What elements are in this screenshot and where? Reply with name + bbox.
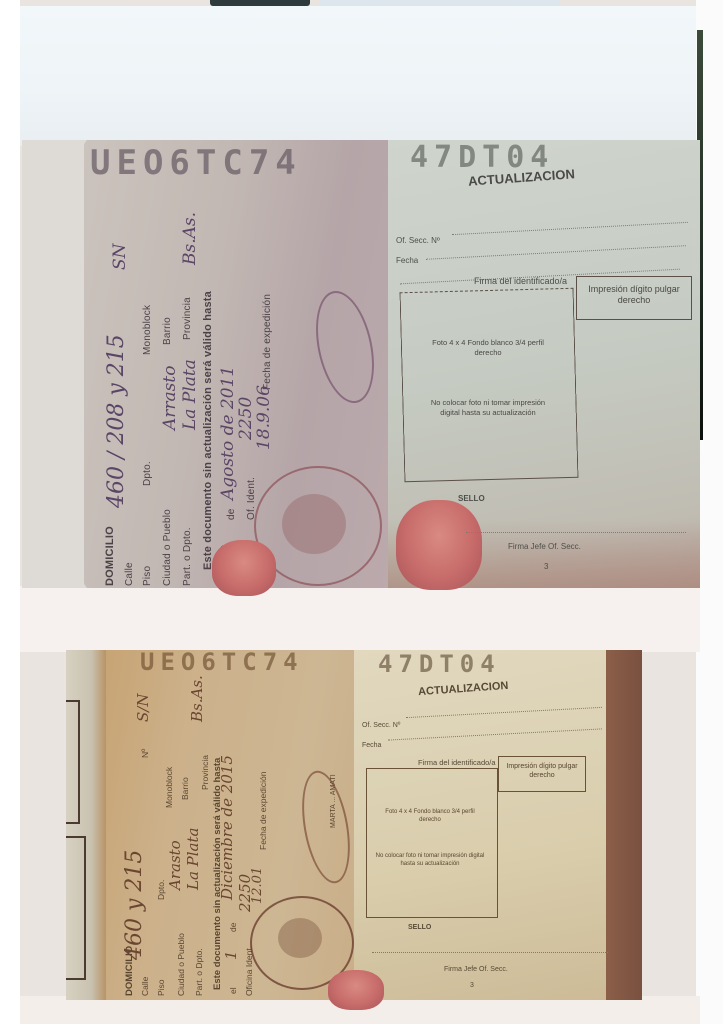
label-domicilio: DOMICILIO — [104, 526, 116, 586]
paper-sheet-middle — [20, 586, 700, 652]
perforated-number: 47DT04 — [378, 650, 501, 678]
stamp-emblem — [278, 918, 322, 958]
signature-stamp: MARTA ... AMATI — [330, 774, 337, 828]
perforated-number: UEO6TC74 — [90, 143, 302, 183]
signature-line — [372, 952, 608, 953]
label-barrio: Barrio — [180, 777, 190, 800]
label-piso: Piso — [142, 566, 153, 586]
label-fecha: Fecha — [362, 742, 381, 749]
label-el: el — [228, 987, 238, 994]
handwritten-partido: La Plata — [180, 359, 200, 430]
handwritten-valido-dia: 1 — [222, 950, 240, 960]
label-firma-jefe: Firma Jefe Of. Secc. — [508, 542, 581, 551]
handwritten-valido-mes: Agosto de 2011 — [218, 366, 238, 500]
clip-strip — [210, 0, 310, 6]
label-sello: SELLO — [458, 494, 485, 503]
photo-placeholder-box — [400, 288, 579, 482]
page-number: 3 — [470, 982, 474, 989]
label-monoblock: Monoblock — [164, 767, 174, 808]
label-partido: Part. o Dpto. — [194, 948, 204, 996]
label-dpto: Dpto. — [156, 880, 166, 900]
handwritten-partido: La Plata — [184, 828, 202, 890]
label-validez: Este documento sin actualización será vá… — [202, 291, 214, 570]
photo-box-instructions: Foto 4 x 4 Fondo blanco 3/4 perfil derec… — [428, 338, 548, 358]
handwritten-calle: 460 / 208 y 215 — [104, 334, 129, 508]
background-object — [66, 836, 86, 980]
handwritten-provincia: Bs.As. — [188, 675, 206, 722]
finger — [396, 500, 482, 590]
signature-line — [466, 532, 686, 533]
label-provincia: Provincia — [200, 755, 210, 790]
label-fecha-expedicion: Fecha de expedición — [262, 294, 273, 390]
label-monoblock: Monoblock — [142, 305, 153, 355]
label-calle: Calle — [140, 977, 150, 996]
label-fecha: Fecha — [396, 256, 418, 265]
handwritten-provincia: Bs.As. — [180, 212, 200, 265]
background-left — [0, 0, 20, 1024]
label-provincia: Provincia — [182, 297, 193, 340]
paper-sheet-top — [20, 6, 696, 146]
perforated-number: UEO6TC74 — [140, 648, 304, 676]
label-dpto: Dpto. — [142, 461, 153, 486]
label-numero: Nº — [140, 749, 150, 758]
finger — [212, 540, 276, 596]
handwritten-numero: S/N — [134, 694, 152, 722]
label-firma: Firma del identificado/a — [418, 758, 496, 767]
finger — [328, 970, 384, 1010]
handwritten-fecha: 18.9.06 — [254, 385, 274, 450]
label-fecha-expedicion: Fecha de expedición — [258, 772, 268, 850]
stamp-emblem — [282, 494, 346, 554]
background-object — [66, 700, 80, 824]
label-sello: SELLO — [408, 924, 431, 931]
shade — [606, 650, 642, 1000]
handwritten-valido-mes: Diciembre de 2015 — [218, 755, 236, 900]
photo-bottom — [66, 650, 642, 1000]
handwritten-ciudad: Arasto — [166, 840, 184, 890]
photo-box-instructions: Foto 4 x 4 Fondo blanco 3/4 perfil derec… — [378, 808, 482, 824]
label-firma-jefe: Firma Jefe Of. Secc. — [444, 966, 508, 973]
label-of-secc: Of. Secc. Nº — [362, 722, 400, 729]
handwritten-fecha: 12.01 — [250, 867, 265, 904]
label-firma: Firma del identificado/a — [474, 276, 567, 286]
handwritten-ciudad: Arrasto — [160, 366, 180, 430]
handwritten-numero: SN — [110, 243, 130, 270]
thumbprint-label: Impresión dígito pulgar derecho — [584, 284, 684, 306]
photo-top-background — [22, 140, 86, 588]
handwritten-calle: 460 y 215 — [122, 850, 147, 960]
label-of-secc: Of. Secc. Nº — [396, 236, 440, 245]
label-de: de — [228, 923, 238, 932]
thumbprint-label: Impresión dígito pulgar derecho — [502, 762, 582, 780]
label-de: de — [226, 508, 237, 520]
photo-placeholder-box — [366, 768, 498, 918]
label-calle: Calle — [124, 562, 135, 586]
handwritten-oficina: 2250 — [236, 397, 256, 440]
label-piso: Piso — [156, 979, 166, 996]
label-ciudad: Ciudad o Pueblo — [176, 933, 186, 996]
photo-box-warning: No colocar foto ni tomar impresión digit… — [422, 398, 554, 418]
photo-box-warning: No colocar foto ni tomar impresión digit… — [374, 852, 486, 868]
label-partido: Part. o Dpto. — [182, 527, 193, 586]
background-strip — [320, 0, 560, 6]
label-barrio: Barrio — [162, 317, 173, 345]
page-number: 3 — [544, 562, 548, 571]
label-ciudad: Ciudad o Pueblo — [162, 509, 173, 586]
